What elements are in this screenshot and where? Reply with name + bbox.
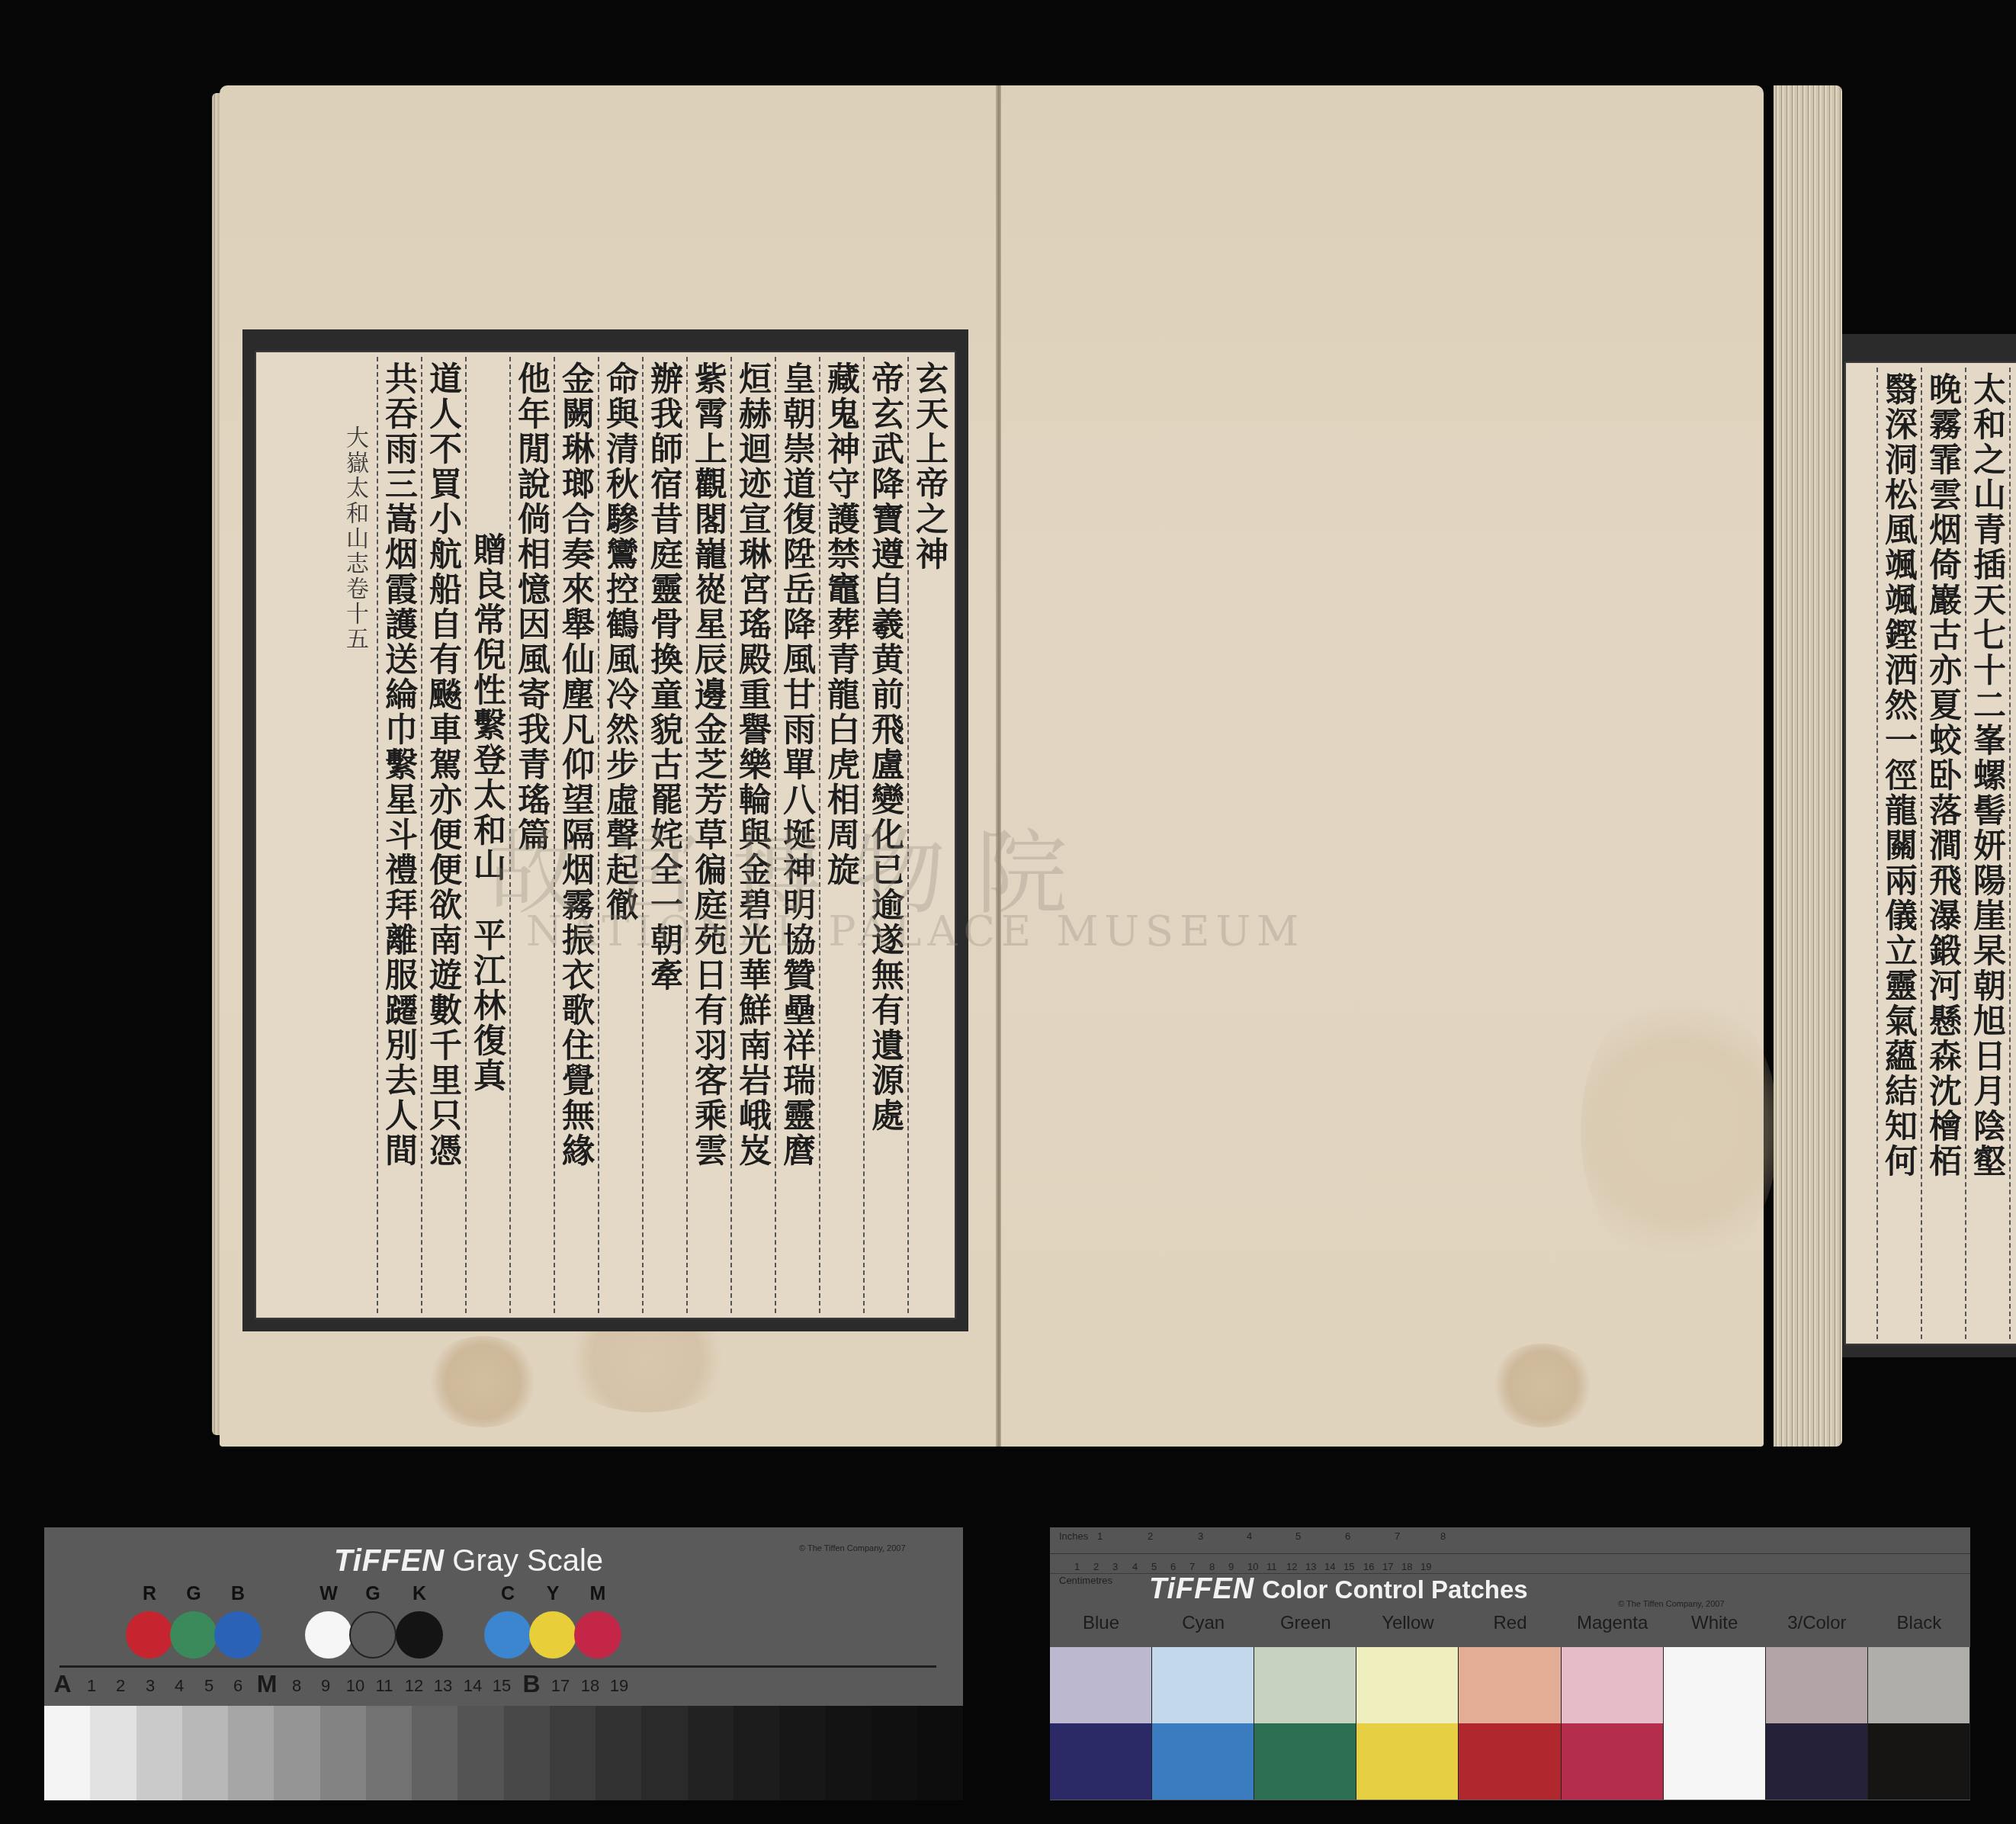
cm-number: 7 [1189,1561,1195,1572]
text-column: 玄天上帝之神 [907,357,952,1313]
gray-step [366,1706,412,1800]
patch-label: Red [1459,1613,1561,1634]
ruler-line [1050,1553,1970,1554]
dot-label: M [583,1583,613,1605]
cm-number: 18 [1401,1561,1412,1572]
inches-label: Inches [1059,1530,1088,1542]
text-column: 晚霧霏雲烟倚巖古亦夏蛟卧落澗飛瀑鍛河懸森沈檜栢 [1921,368,1965,1339]
text-column: 金闕琳瑯合奏來舉仙塵凡仰望隔烟霧振衣歌住覺無緣 [554,357,598,1313]
patch-label: Yellow [1356,1613,1459,1634]
gray-step [504,1706,550,1800]
gray-step [182,1706,228,1800]
cm-number: 10 [1247,1561,1258,1572]
inch-number: 4 [1247,1530,1252,1542]
gray-scale-title: TiFFENGray Scale [334,1544,603,1578]
blue-dot [214,1611,262,1659]
dot-label: Y [538,1583,568,1605]
step-label: B [516,1670,547,1698]
gray-step [917,1706,963,1800]
patch-red [1459,1647,1561,1800]
dot-label: C [493,1583,523,1605]
dot-label: W [313,1583,344,1605]
tiffen-logo: TiFFEN [334,1544,445,1578]
cm-number: 8 [1209,1561,1215,1572]
gray-ramp [44,1706,963,1800]
gray-step [412,1706,457,1800]
water-stain [1581,985,1779,1275]
text-column: 太和之山青插天七十二峯螺髻妍陽崖杲朝旭日月陰壑 [1965,368,2009,1339]
gray-step [136,1706,182,1800]
gray-step [457,1706,503,1800]
gray-step [90,1706,136,1800]
black-dot [396,1611,443,1659]
poem-title-column: 贈良常倪性繫登太和山 平江林復真 [465,357,509,1313]
patch-label: Magenta [1562,1613,1664,1634]
step-label: 15 [486,1676,517,1696]
step-label: 9 [310,1676,341,1696]
step-label: 17 [545,1676,576,1696]
patch-labels: Blue Cyan Green Yellow Red Magenta White… [1050,1613,1970,1634]
tiffen-logo: TiFFEN [1149,1573,1254,1605]
gray-step [595,1706,641,1800]
text-column: 道人不買小航船自有飈車駕亦便便欲南遊數千里只憑 [421,357,465,1313]
step-label: 19 [604,1676,634,1696]
inch-number: 6 [1345,1530,1350,1542]
step-label: 10 [340,1676,371,1696]
centimetres-label: Centimetres [1059,1575,1112,1586]
patch-blue [1050,1647,1152,1800]
inch-number: 2 [1148,1530,1153,1542]
patch-label: Black [1868,1613,1970,1634]
gray-step [688,1706,734,1800]
cyan-dot [484,1611,531,1659]
gray-step [550,1706,595,1800]
gray-step [779,1706,825,1800]
scale-divider [59,1665,936,1668]
patch-yellow [1356,1647,1459,1800]
cm-number: 16 [1363,1561,1374,1572]
patch-cyan [1152,1647,1254,1800]
patch-label: Green [1254,1613,1356,1634]
step-label: 8 [281,1676,312,1696]
gray-step [320,1706,366,1800]
text-column: 他年閒說倘相憶因風寄我青瑤篇 [509,357,554,1313]
inch-number: 8 [1440,1530,1446,1542]
left-text-columns: 玄天上帝之神 帝玄武降寶遵自羲黄前飛盧變化已逾遂無有遺源處 藏鬼神守護禁竈葬青龍… [255,351,956,1319]
gray-step [228,1706,274,1800]
step-label: 11 [369,1676,400,1696]
step-label: 5 [194,1676,224,1696]
step-label: 2 [105,1676,136,1696]
gray-step [825,1706,871,1800]
tiffen-color-control-card: Inches 1 2 3 4 5 6 7 8 1 2 3 4 5 6 7 8 9… [1050,1527,1970,1800]
inch-number: 1 [1097,1530,1103,1542]
open-book: 玄天上帝之神 帝玄武降寶遵自羲黄前飛盧變化已逾遂無有遺源處 藏鬼神守護禁竈葬青龍… [220,85,1842,1447]
gray-dot [349,1611,396,1659]
cm-number: 4 [1132,1561,1138,1572]
dot-label: B [223,1583,253,1605]
text-column: 翳深洞松風颯颯鏗洒然一徑龍關兩儀立靈氣蘊結知何 [1876,368,1921,1339]
cm-number: 9 [1228,1561,1234,1572]
patch-black [1868,1647,1970,1800]
patch-white [1664,1647,1766,1800]
step-label: 13 [428,1676,458,1696]
gray-step [641,1706,687,1800]
left-print-frame: 玄天上帝之神 帝玄武降寶遵自羲黄前飛盧變化已逾遂無有遺源處 藏鬼神守護禁竈葬青龍… [242,329,968,1331]
dot-label: K [404,1583,435,1605]
gray-step [872,1706,917,1800]
step-label: M [252,1670,282,1698]
gray-step [44,1706,90,1800]
step-label: 12 [399,1676,429,1696]
patch-label: Cyan [1152,1613,1254,1634]
text-column: 辦我師宿昔庭靈骨換童貌古罷姹全一朝牽 [642,357,686,1313]
step-label: 14 [457,1676,488,1696]
dot-label: G [358,1583,388,1605]
cm-number: 3 [1112,1561,1118,1572]
right-print-frame: 大嶽太和山志卷十五 紫極列舍隨伍昇璇杓斡元氣四序自流行瑤壇真明水瑯 璈和洞章散花… [1832,334,2016,1357]
step-label: 1 [76,1676,107,1696]
water-stain [1489,1344,1596,1427]
left-page: 玄天上帝之神 帝玄武降寶遵自羲黄前飛盧變化已逾遂無有遺源處 藏鬼神守護禁竈葬青龍… [220,85,997,1447]
text-column: 藏鬼神守護禁竈葬青龍白虎相周旋 [819,357,863,1313]
gray-step [274,1706,319,1800]
water-stain [425,1336,540,1427]
right-text-columns: 大嶽太和山志卷十五 紫極列舍隨伍昇璇杓斡元氣四序自流行瑤壇真明水瑯 璈和洞章散花… [1844,361,2016,1345]
red-dot [126,1611,173,1659]
cm-number: 6 [1170,1561,1176,1572]
cm-number: 12 [1286,1561,1297,1572]
patch-magenta [1562,1647,1664,1800]
cm-number: 17 [1382,1561,1393,1572]
step-label: 4 [164,1676,194,1696]
patch-label: Blue [1050,1613,1152,1634]
patch-green [1254,1647,1356,1800]
text-column: 皇朝崇道復陞岳降風甘雨單八埏神明協贊壘祥瑞靈麿 [775,357,819,1313]
author-column: 秀水金潤 [2009,368,2016,1339]
step-label: 6 [223,1676,253,1696]
copyright-text: © The Tiffen Company, 2007 [799,1544,906,1553]
tiffen-gray-scale-card: TiFFENGray Scale © The Tiffen Company, 2… [44,1527,963,1800]
text-column: 命與清秋驂鸞控鶴風冷然步虛聲起徹 [598,357,642,1313]
patch-3color [1766,1647,1868,1800]
inch-number: 3 [1198,1530,1203,1542]
step-label: A [47,1670,78,1698]
cm-number: 14 [1324,1561,1335,1572]
cm-number: 19 [1421,1561,1431,1572]
patch-label: White [1664,1613,1766,1634]
yellow-dot [529,1611,576,1659]
text-column: 帝玄武降寶遵自羲黄前飛盧變化已逾遂無有遺源處 [863,357,907,1313]
text-column: 烜赫迴迹宣琳宮瑤殿重譽樂輪與金碧光華鮮南岩峨岌 [730,357,775,1313]
page-edges-right [1774,85,1842,1447]
step-label: 18 [575,1676,605,1696]
cm-number: 13 [1305,1561,1316,1572]
text-column: 共吞雨三嵩烟霞護送綸巾繫星斗禮拜離服躚別去人間 [377,357,421,1313]
cm-number: 2 [1093,1561,1099,1572]
cm-number: 11 [1266,1561,1277,1572]
dot-label: G [178,1583,209,1605]
magenta-dot [574,1611,621,1659]
gray-step [734,1706,779,1800]
dot-label: R [134,1583,165,1605]
white-dot [305,1611,352,1659]
green-dot [170,1611,217,1659]
inch-number: 5 [1295,1530,1301,1542]
cm-number: 1 [1074,1561,1080,1572]
patch-label: 3/Color [1766,1613,1868,1634]
cm-number: 5 [1151,1561,1157,1572]
color-control-title: TiFFENColor Control Patches [1149,1573,1528,1606]
copyright-text: © The Tiffen Company, 2007 [1618,1600,1725,1609]
right-page: 大嶽太和山志卷十五 紫極列舍隨伍昇璇杓斡元氣四序自流行瑤壇真明水瑯 璈和洞章散花… [1001,85,1764,1447]
color-patches [1050,1647,1970,1800]
spine-caption: 大嶽太和山志卷十五 [346,357,377,1313]
cm-number: 15 [1343,1561,1354,1572]
ruler: Inches 1 2 3 4 5 6 7 8 1 2 3 4 5 6 7 8 9… [1050,1527,1970,1574]
step-label: 3 [135,1676,165,1696]
text-column: 紫霄上觀閣巃嵸星辰邊金芝芳草徧庭苑日有羽客乘雲 [686,357,730,1313]
inch-number: 7 [1395,1530,1400,1542]
